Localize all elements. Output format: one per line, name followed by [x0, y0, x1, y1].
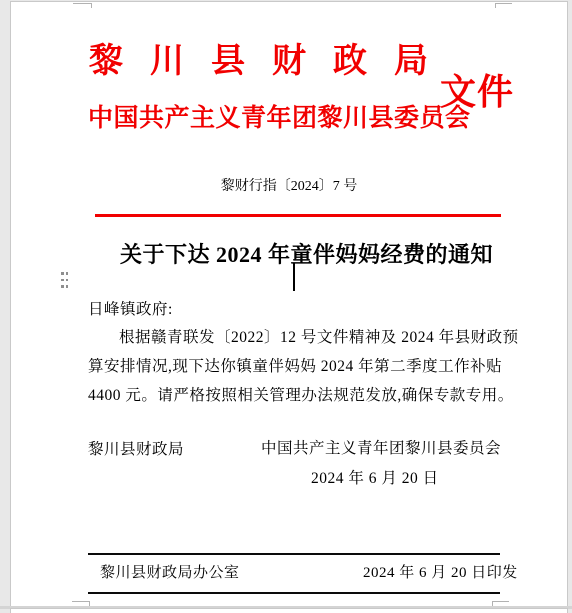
- paragraph-drag-handle-icon[interactable]: [61, 272, 68, 288]
- text-cursor: [293, 263, 295, 291]
- word-canvas: 黎川县财政局 文件 中国共产主义青年团黎川县委员会 黎财行指〔2024〕7 号 …: [0, 0, 572, 613]
- letterhead-org-line1[interactable]: 黎川县财政局: [89, 42, 455, 81]
- footer-divider-top: [88, 553, 500, 555]
- addressee-line[interactable]: 日峰镇政府:: [88, 301, 173, 319]
- signature-org-left[interactable]: 黎川县财政局: [88, 441, 184, 459]
- document-page[interactable]: 黎川县财政局 文件 中国共产主义青年团黎川县委员会 黎财行指〔2024〕7 号 …: [11, 2, 567, 606]
- body-line-1[interactable]: 根据赣青联发〔2022〕12 号文件精神及 2024 年县财政预: [119, 329, 519, 347]
- margin-crop-mark-top-left: [73, 3, 92, 8]
- body-line-3[interactable]: 4400 元。请严格按照相关管理办法规范发放,确保专款专用。: [88, 387, 514, 405]
- signature-date[interactable]: 2024 年 6 月 20 日: [311, 470, 439, 488]
- footer-divider-bottom: [88, 592, 500, 594]
- letterhead-red-divider: [95, 214, 501, 217]
- document-number[interactable]: 黎财行指〔2024〕7 号: [11, 179, 567, 195]
- document-title[interactable]: 关于下达 2024 年童伴妈妈经费的通知: [120, 242, 493, 267]
- body-line-2[interactable]: 算安排情况,现下达你镇童伴妈妈 2024 年第二季度工作补贴: [88, 358, 502, 376]
- next-page-top-edge[interactable]: [11, 609, 567, 613]
- margin-crop-mark-top-right: [495, 3, 512, 8]
- letterhead-org-line2[interactable]: 中国共产主义青年团黎川县委员会: [88, 105, 471, 134]
- footer-issuing-office[interactable]: 黎川县财政局办公室: [100, 565, 240, 582]
- footer-print-date[interactable]: 2024 年 6 月 20 日印发: [363, 565, 518, 582]
- signature-org-right[interactable]: 中国共产主义青年团黎川县委员会: [261, 440, 501, 458]
